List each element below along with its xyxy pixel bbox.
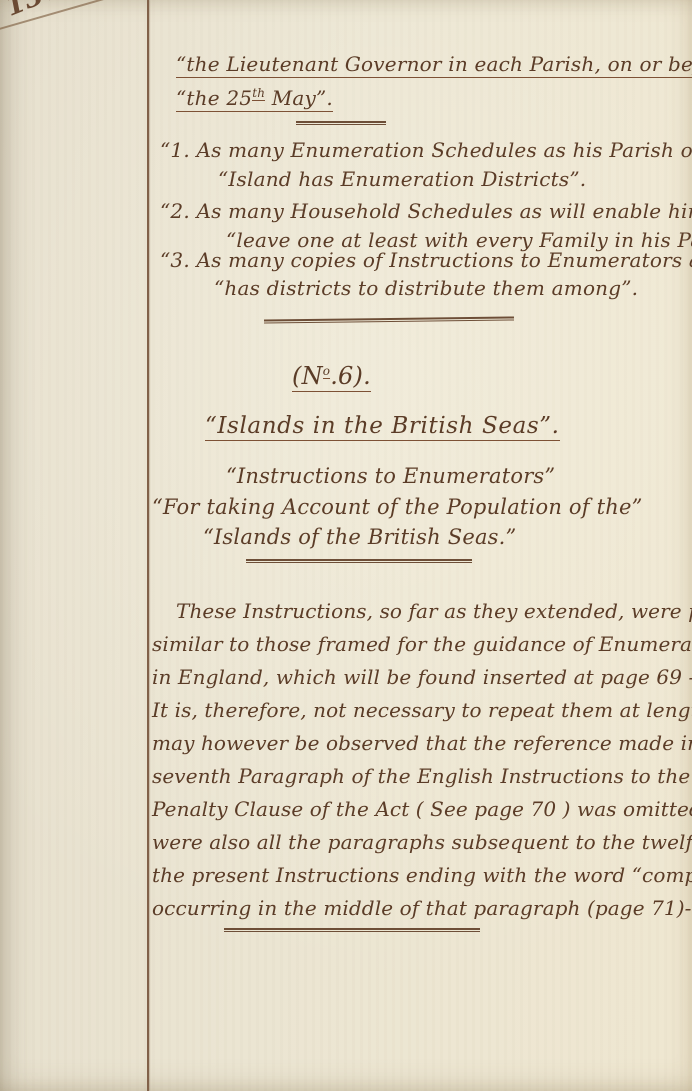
list-item-1-line-1: “1. As many Enumeration Schedules as his…: [160, 138, 692, 162]
divider-rule-bottom: [224, 928, 480, 932]
divider-rule-after-list: [264, 316, 514, 323]
divider-rule-short: [296, 121, 386, 125]
paragraph-line: were also all the paragraphs subsequent …: [152, 826, 690, 859]
paragraph-line: similar to those framed for the guidance…: [152, 628, 690, 661]
paragraph-line: in England, which will be found inserted…: [152, 661, 690, 694]
section-subtitle-1: “Instructions to Enumerators”: [226, 464, 555, 488]
quote-line-2-text: “the 25th May”.: [176, 86, 333, 112]
paragraph-line: It is, therefore, not necessary to repea…: [152, 694, 690, 727]
quote-line-2: “the 25th May”.: [176, 86, 333, 110]
paragraph-line: the present Instructions ending with the…: [152, 859, 690, 892]
section-title-text: “Islands in the British Seas”.: [205, 413, 560, 441]
list-item-2-line-1: “2. As many Household Schedules as will …: [160, 199, 692, 223]
list-item-3-line-1: “3. As many copies of Instructions to En…: [160, 248, 692, 272]
quote-line-1: “the Lieutenant Governor in each Parish,…: [176, 52, 692, 76]
paragraph-line: seventh Paragraph of the English Instruc…: [152, 760, 690, 793]
quote-line-1-text: “the Lieutenant Governor in each Parish,…: [176, 52, 692, 78]
margin-rule: [147, 0, 149, 1091]
ordinal-superscript: th: [252, 86, 265, 101]
list-item-3-line-2: “has districts to distribute them among”…: [214, 276, 638, 300]
section-number: (No.6).: [292, 362, 371, 390]
section-subtitle-3: “Islands of the British Seas.”: [203, 525, 516, 549]
body-paragraph: These Instructions, so far as they exten…: [152, 595, 690, 925]
divider-rule-after-headings: [246, 559, 472, 563]
section-number-text: (No.6).: [292, 362, 371, 392]
paragraph-line: Penalty Clause of the Act ( See page 70 …: [152, 793, 690, 826]
list-item-1-line-2: “Island has Enumeration Districts”.: [218, 167, 586, 191]
section-subtitle-2: “For taking Account of the Population of…: [152, 495, 643, 519]
paragraph-line: These Instructions, so far as they exten…: [152, 595, 690, 628]
section-title: “Islands in the British Seas”.: [205, 413, 560, 439]
paragraph-line: occurring in the middle of that paragrap…: [152, 892, 690, 925]
manuscript-page: 136 “the Lieutenant Governor in each Par…: [0, 0, 692, 1091]
paragraph-line: may however be observed that the referen…: [152, 727, 690, 760]
